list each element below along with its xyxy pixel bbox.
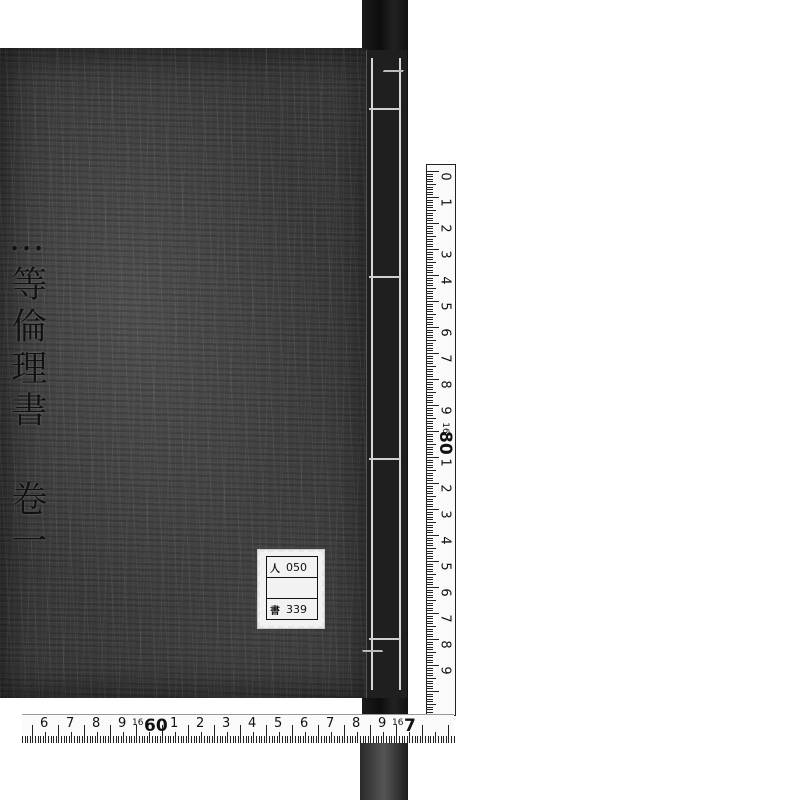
spine-cross-3	[369, 458, 401, 460]
ruler-number: 16	[132, 718, 143, 728]
ruler-tick	[427, 296, 433, 297]
ruler-tick	[427, 473, 433, 474]
ruler-number: 9	[438, 403, 453, 419]
ruler-tick	[427, 278, 433, 279]
vertical-scale-ruler: 01234567891680123456789	[426, 164, 456, 716]
ruler-tick	[82, 736, 83, 743]
ruler-tick	[230, 736, 231, 743]
ruler-tick	[123, 732, 124, 743]
ruler-tick	[427, 205, 433, 206]
ruler-number: 9	[118, 716, 126, 731]
ruler-tick	[427, 522, 436, 523]
ruler-tick	[251, 736, 252, 743]
ruler-tick	[240, 725, 241, 743]
ruler-tick	[66, 736, 67, 743]
ruler-tick	[427, 387, 433, 388]
ruler-tick	[427, 496, 436, 497]
ruler-tick	[220, 736, 221, 743]
ruler-tick	[40, 736, 41, 743]
ruler-tick	[331, 732, 332, 743]
ruler-tick	[427, 337, 433, 338]
ruler-tick	[370, 725, 371, 743]
ruler-tick	[394, 736, 395, 743]
label-row-3: 書 339	[267, 599, 317, 619]
ruler-tick	[427, 447, 433, 448]
ruler-tick	[186, 736, 187, 743]
ruler-tick	[79, 736, 80, 743]
ruler-tick	[427, 543, 433, 544]
ruler-tick	[274, 736, 275, 743]
ruler-tick	[427, 239, 433, 240]
ruler-number: 60	[144, 716, 168, 736]
ruler-tick	[427, 421, 433, 422]
ruler-tick	[427, 317, 433, 318]
ruler-tick	[326, 736, 327, 743]
ruler-tick	[427, 597, 433, 598]
book-spine-binding	[366, 50, 407, 698]
ruler-tick	[222, 736, 223, 743]
ruler-number: 4	[438, 533, 453, 549]
ruler-tick	[295, 736, 296, 743]
ruler-tick	[427, 517, 433, 518]
ruler-tick	[90, 736, 91, 743]
ruler-tick	[368, 736, 369, 743]
ruler-tick	[427, 210, 436, 211]
ruler-tick	[427, 545, 433, 546]
ruler-tick	[427, 701, 433, 702]
ruler-tick	[290, 736, 291, 743]
ruler-tick	[427, 314, 436, 315]
ruler-tick	[433, 736, 434, 743]
ruler-tick	[427, 293, 433, 294]
ruler-tick	[427, 691, 439, 692]
ruler-tick	[427, 322, 433, 323]
ruler-tick	[427, 683, 433, 684]
ruler-tick	[25, 736, 26, 743]
ruler-tick	[427, 571, 433, 572]
ruler-tick	[407, 736, 408, 743]
ruler-tick	[427, 626, 436, 627]
ruler-tick	[427, 283, 433, 284]
ruler-tick	[157, 736, 158, 743]
ruler-tick	[427, 335, 433, 336]
ruler-tick	[427, 486, 433, 487]
ruler-number: 2	[438, 481, 453, 497]
ruler-tick	[427, 694, 433, 695]
ruler-tick	[427, 345, 433, 346]
ruler-tick	[134, 736, 135, 743]
ruler-tick	[292, 725, 293, 743]
ruler-tick	[427, 369, 433, 370]
ruler-tick	[427, 569, 433, 570]
spine-stitch-left	[371, 58, 373, 690]
ruler-tick	[285, 736, 286, 743]
ruler-tick	[427, 558, 433, 559]
ruler-tick	[427, 174, 433, 175]
ruler-tick	[427, 436, 433, 437]
ruler-tick	[427, 441, 433, 442]
ruler-tick	[38, 736, 39, 743]
ruler-tick	[160, 736, 161, 743]
spine-corner-top	[362, 70, 404, 108]
ruler-tick	[391, 736, 392, 743]
ruler-tick	[105, 736, 106, 743]
ruler-tick	[269, 736, 270, 743]
ruler-tick	[77, 736, 78, 743]
ruler-tick	[427, 262, 436, 263]
ruler-tick	[427, 423, 433, 424]
ruler-tick	[30, 736, 31, 743]
ruler-tick	[427, 647, 433, 648]
ruler-tick	[427, 525, 433, 526]
ruler-tick	[43, 736, 44, 743]
ruler-tick	[427, 309, 433, 310]
ruler-tick	[373, 736, 374, 743]
ruler-tick	[427, 605, 433, 606]
ruler-tick	[165, 736, 166, 743]
ruler-number: 8	[352, 716, 360, 731]
ruler-tick	[321, 736, 322, 743]
ruler-tick	[344, 725, 345, 743]
ruler-tick	[45, 732, 46, 743]
ruler-tick	[427, 340, 436, 341]
ruler-tick	[454, 736, 455, 743]
ruler-tick	[225, 736, 226, 743]
ruler-tick	[303, 736, 304, 743]
ruler-number: 3	[438, 247, 453, 263]
ruler-tick	[427, 311, 433, 312]
ruler-tick	[360, 736, 361, 743]
call-number-label: 人 050 書 339	[258, 550, 324, 628]
ruler-number: 1	[438, 455, 453, 471]
ruler-tick	[427, 189, 433, 190]
ruler-number: 6	[438, 325, 453, 341]
ruler-tick	[282, 736, 283, 743]
ruler-tick	[238, 736, 239, 743]
ruler-tick	[173, 736, 174, 743]
ruler-tick	[32, 725, 33, 743]
ruler-tick	[339, 736, 340, 743]
ruler-number: 1	[438, 195, 453, 211]
ruler-tick	[427, 655, 433, 656]
ruler-number: 16	[392, 718, 403, 728]
ruler-tick	[427, 530, 433, 531]
ruler-tick	[427, 686, 433, 687]
ruler-tick	[427, 548, 436, 549]
ruler-tick	[427, 184, 436, 185]
ruler-tick	[427, 688, 433, 689]
ruler-number: 4	[248, 716, 256, 731]
ruler-tick	[64, 736, 65, 743]
horizontal-scale-ruler: 67891660123456789167	[22, 714, 454, 743]
ruler-tick	[71, 732, 72, 743]
label-row-2	[267, 578, 317, 599]
ruler-tick	[427, 649, 433, 650]
ruler-tick	[427, 220, 433, 221]
ruler-tick	[427, 200, 433, 201]
ruler-number: 5	[438, 559, 453, 575]
ruler-tick	[201, 732, 202, 743]
ruler-tick	[427, 480, 433, 481]
ruler-tick	[92, 736, 93, 743]
ruler-tick	[427, 363, 433, 364]
ruler-tick	[144, 736, 145, 743]
ruler-tick	[427, 254, 433, 255]
ruler-tick	[427, 252, 433, 253]
ruler-tick	[69, 736, 70, 743]
ruler-tick	[308, 736, 309, 743]
ruler-tick	[427, 332, 433, 333]
ruler-tick	[427, 608, 433, 609]
ruler-number: 3	[438, 507, 453, 523]
ruler-tick	[207, 736, 208, 743]
ruler-number: 9	[378, 716, 386, 731]
ruler-tick	[427, 600, 436, 601]
ruler-tick	[347, 736, 348, 743]
ruler-tick	[427, 361, 433, 362]
ruler-tick	[427, 603, 433, 604]
ruler-tick	[427, 207, 433, 208]
ruler-tick	[427, 493, 433, 494]
ruler-tick	[427, 226, 433, 227]
label-row-1: 人 050	[267, 557, 317, 578]
ruler-tick	[427, 426, 433, 427]
ruler-tick	[427, 478, 433, 479]
ruler-tick	[181, 736, 182, 743]
ruler-tick	[204, 736, 205, 743]
ruler-tick	[427, 330, 433, 331]
ruler-tick	[142, 736, 143, 743]
ruler-tick	[427, 384, 433, 385]
ruler-tick	[233, 736, 234, 743]
ruler-tick	[427, 642, 433, 643]
ruler-tick	[427, 194, 433, 195]
ruler-tick	[212, 736, 213, 743]
ruler-tick	[214, 725, 215, 743]
ruler-tick	[427, 491, 433, 492]
ruler-tick	[51, 736, 52, 743]
ruler-tick	[427, 707, 433, 708]
ruler-tick	[427, 319, 433, 320]
ruler-tick	[427, 366, 436, 367]
ruler-tick	[441, 736, 442, 743]
ruler-tick	[113, 736, 114, 743]
ruler-tick	[199, 736, 200, 743]
ruler-tick	[427, 519, 433, 520]
ruler-tick	[427, 231, 433, 232]
ruler-tick	[256, 736, 257, 743]
ruler-tick	[427, 415, 433, 416]
ruler-tick	[108, 736, 109, 743]
ruler-tick	[402, 736, 403, 743]
ruler-number: 6	[438, 585, 453, 601]
ruler-tick	[427, 668, 433, 669]
ruler-tick	[427, 306, 433, 307]
ruler-tick	[427, 512, 433, 513]
ruler-tick	[313, 736, 314, 743]
ruler-tick	[427, 181, 433, 182]
ruler-tick	[417, 736, 418, 743]
ruler-tick	[126, 736, 127, 743]
ruler-tick	[427, 681, 433, 682]
ruler-tick	[118, 736, 119, 743]
ruler-tick	[227, 732, 228, 743]
ruler-number: 6	[40, 716, 48, 731]
ruler-number: 3	[222, 716, 230, 731]
ruler-tick	[427, 704, 436, 705]
ruler-tick	[87, 736, 88, 743]
ruler-tick	[427, 410, 433, 411]
ruler-tick	[448, 725, 449, 743]
ruler-tick	[427, 397, 433, 398]
ruler-number: 8	[92, 716, 100, 731]
ruler-tick	[438, 736, 439, 743]
ruler-tick	[399, 736, 400, 743]
ruler-tick	[427, 465, 433, 466]
ruler-tick	[178, 736, 179, 743]
ruler-tick	[147, 736, 148, 743]
ruler-tick	[427, 675, 433, 676]
ruler-tick	[443, 736, 444, 743]
ruler-tick	[427, 449, 433, 450]
ruler-tick	[427, 610, 433, 611]
ruler-tick	[427, 291, 433, 292]
ruler-number: 1	[170, 716, 178, 731]
ruler-tick	[425, 736, 426, 743]
ruler-tick	[337, 736, 338, 743]
ruler-tick	[427, 376, 433, 377]
ruler-tick	[334, 736, 335, 743]
ruler-tick	[427, 241, 433, 242]
ruler-number: 5	[274, 716, 282, 731]
ruler-tick	[355, 736, 356, 743]
ruler-tick	[427, 395, 433, 396]
ruler-tick	[415, 736, 416, 743]
ruler-tick	[427, 579, 433, 580]
label-row-3-prefix: 書	[270, 602, 280, 617]
ruler-tick	[352, 736, 353, 743]
ruler-tick	[427, 218, 433, 219]
ruler-tick	[427, 267, 433, 268]
ruler-tick	[259, 736, 260, 743]
ruler-tick	[194, 736, 195, 743]
ruler-tick	[420, 736, 421, 743]
ruler-tick	[56, 736, 57, 743]
ruler-tick	[427, 257, 433, 258]
ruler-tick	[451, 736, 452, 743]
ruler-tick	[287, 736, 288, 743]
ruler-tick	[427, 574, 436, 575]
ruler-tick	[427, 652, 436, 653]
ruler-tick	[427, 434, 433, 435]
ruler-tick	[427, 623, 433, 624]
label-row-1-prefix: 人	[270, 560, 280, 575]
ruler-tick	[22, 736, 23, 743]
ruler-tick	[311, 736, 312, 743]
ruler-tick	[427, 670, 433, 671]
ruler-tick	[427, 662, 433, 663]
ruler-tick	[427, 285, 433, 286]
ruler-tick	[427, 540, 433, 541]
ruler-tick	[427, 699, 433, 700]
ruler-tick	[427, 712, 433, 713]
ruler-tick	[427, 584, 433, 585]
ruler-tick	[427, 634, 433, 635]
label-frame: 人 050 書 339	[266, 556, 318, 620]
ruler-tick	[427, 501, 433, 502]
ruler-tick	[427, 428, 433, 429]
ruler-tick	[428, 736, 429, 743]
ruler-tick	[350, 736, 351, 743]
ruler-tick	[427, 202, 433, 203]
ruler-tick	[427, 564, 433, 565]
ruler-tick	[427, 678, 436, 679]
ruler-number: 80	[435, 431, 455, 447]
ruler-tick	[404, 736, 405, 743]
ruler-tick	[427, 696, 433, 697]
ruler-tick	[427, 272, 433, 273]
ruler-tick	[357, 732, 358, 743]
ruler-tick	[427, 192, 433, 193]
ruler-tick	[427, 236, 436, 237]
ruler-tick	[427, 504, 433, 505]
ruler-tick	[53, 736, 54, 743]
ruler-tick	[183, 736, 184, 743]
ruler-tick	[235, 736, 236, 743]
ruler-tick	[427, 374, 433, 375]
ruler-tick	[427, 488, 433, 489]
ruler-tick	[155, 736, 156, 743]
ruler-number: 7	[438, 611, 453, 627]
ruler-tick	[427, 592, 433, 593]
ruler-tick	[300, 736, 301, 743]
ruler-tick	[378, 736, 379, 743]
ruler-tick	[170, 736, 171, 743]
ruler-tick	[435, 732, 436, 743]
ruler-tick	[427, 452, 433, 453]
ruler-tick	[191, 736, 192, 743]
ruler-tick	[412, 736, 413, 743]
ruler-tick	[427, 408, 433, 409]
ruler-tick	[427, 577, 433, 578]
ruler-tick	[427, 213, 433, 214]
ruler-tick	[427, 439, 433, 440]
ruler-tick	[376, 736, 377, 743]
spine-cross-2	[369, 276, 401, 278]
spine-corner-bottom	[362, 650, 404, 688]
ruler-tick	[427, 644, 433, 645]
ruler-number: 7	[326, 716, 334, 731]
ruler-tick	[84, 725, 85, 743]
ruler-number: 4	[438, 273, 453, 289]
ruler-tick	[266, 725, 267, 743]
ruler-tick	[427, 400, 433, 401]
ruler-tick	[74, 736, 75, 743]
ruler-tick	[365, 736, 366, 743]
ruler-tick	[58, 725, 59, 743]
ruler-tick	[427, 506, 433, 507]
ruler-tick	[329, 736, 330, 743]
ruler-tick	[209, 736, 210, 743]
ruler-tick	[446, 736, 447, 743]
ruler-number: 6	[300, 716, 308, 731]
ruler-tick	[427, 673, 433, 674]
book-cover: …等倫理書 卷一 人 050 書 339	[0, 48, 368, 698]
ruler-tick	[277, 736, 278, 743]
ruler-tick	[427, 259, 433, 260]
ruler-tick	[427, 636, 433, 637]
book-title: …等倫理書 卷一	[2, 218, 46, 564]
